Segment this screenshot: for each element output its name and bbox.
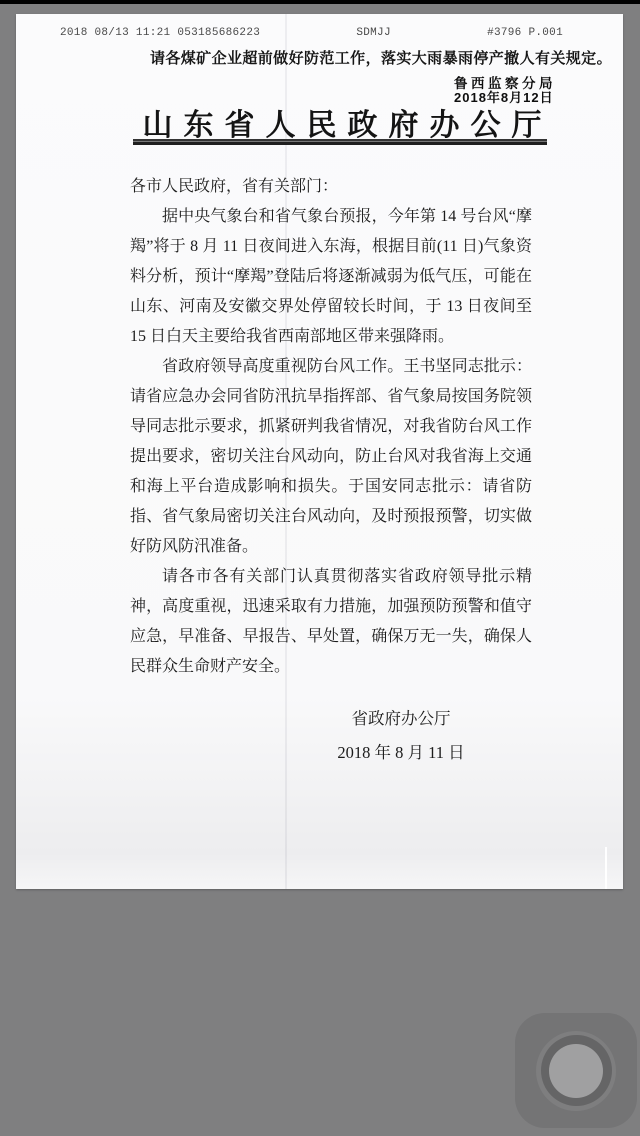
letterhead-rule — [133, 139, 547, 145]
shutter-icon — [536, 1031, 616, 1111]
stamp-office: 鲁西监察分局 — [454, 76, 556, 91]
scan-streak-artifact — [605, 847, 607, 889]
signature-office: 省政府办公厅 — [311, 702, 491, 736]
letterhead-title: 山东省人民政府办公厅 — [16, 100, 623, 144]
fax-header: 2018 08/13 11:21 053185686223 SDMJJ #379… — [60, 27, 563, 39]
fax-timestamp: 2018 08/13 11:21 053185686223 — [60, 27, 260, 39]
handwritten-directive: 请各煤矿企业超前做好防范工作，落实大雨暴雨停产撤人有关规定。 — [150, 47, 612, 68]
document-body: 各市人民政府，省有关部门： 据中央气象台和省气象台预报，今年第 14 号台风“摩… — [130, 172, 532, 682]
paragraph-instructions: 省政府领导高度重视防台风工作。王书坚同志批示：请省应急办会同省防汛抗旱指挥部、省… — [130, 352, 532, 562]
paragraph-forecast: 据中央气象台和省气象台预报，今年第 14 号台风“摩羯”将于 8 月 11 日夜… — [130, 202, 532, 352]
fax-station-id: SDMJJ — [356, 27, 391, 39]
paragraph-requirements: 请各市各有关部门认真贯彻落实省政府领导批示精神，高度重视，迅速采取有力措施，加强… — [130, 562, 532, 682]
letterbox-top-bar — [0, 0, 640, 4]
camera-shutter-button[interactable] — [515, 1013, 637, 1128]
signature-block: 省政府办公厅 2018 年 8 月 11 日 — [311, 702, 491, 770]
document-photo: 2018 08/13 11:21 053185686223 SDMJJ #379… — [16, 14, 623, 889]
signature-date: 2018 年 8 月 11 日 — [311, 736, 491, 770]
camera-viewfinder: 2018 08/13 11:21 053185686223 SDMJJ #379… — [0, 0, 640, 1136]
fax-page-number: #3796 P.001 — [487, 27, 563, 39]
salutation: 各市人民政府，省有关部门： — [130, 172, 532, 202]
